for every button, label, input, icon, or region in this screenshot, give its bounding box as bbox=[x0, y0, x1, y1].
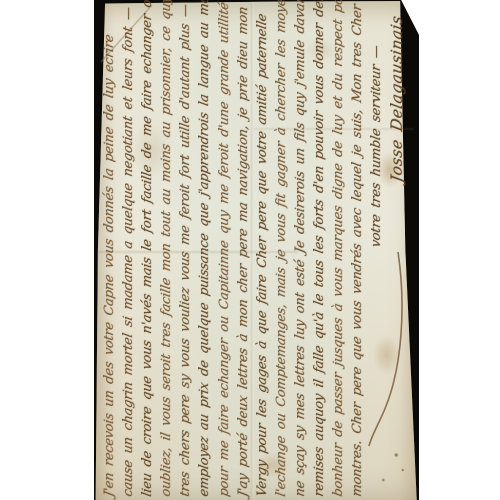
handwriting-line: Vergy pour les gages à que faire Cher pe… bbox=[255, 0, 274, 500]
handwriting-line: bonheur de passer jusques à vous marques… bbox=[331, 0, 350, 500]
handwriting-rotated-text: J'en recevois un des votre Capne vous do… bbox=[102, 0, 408, 500]
handwriting-line: J'ay porté deux lettres à mon cher pere … bbox=[236, 0, 255, 500]
handwriting-line: tres chers pere sy vous vouliez vous me … bbox=[178, 0, 197, 500]
letter-photo: J'en recevois un des votre Capne vous do… bbox=[94, 0, 419, 500]
handwriting-line: ne sçay sy mes lettres luy ont esté Je d… bbox=[293, 0, 312, 500]
page-background: J'en recevois un des votre Capne vous do… bbox=[0, 0, 500, 500]
handwriting-line: remises auquoy il falle qu'à le tous les… bbox=[312, 0, 331, 500]
handwriting-line: lieu de croire que vous n'avés mais le f… bbox=[140, 0, 159, 500]
handwriting-line: employez au prix de quelque puissance qu… bbox=[197, 0, 216, 500]
handwriting-line: oubliez, il vous seroit tres facille mon… bbox=[159, 0, 178, 500]
handwriting-line: cause un chagrin mortel si madame a quel… bbox=[121, 0, 140, 500]
handwriting-line: J'en recevois un des votre Capne vous do… bbox=[102, 0, 121, 500]
handwriting-line: pour me faire echanger ou Capitainne quy… bbox=[217, 0, 236, 500]
handwriting-line: l'echange ou Comptemanges, mais je vous … bbox=[274, 0, 293, 500]
signature-flourish-icon bbox=[366, 248, 410, 453]
handwriting-block: J'en recevois un des votre Capne vous do… bbox=[102, 0, 408, 500]
